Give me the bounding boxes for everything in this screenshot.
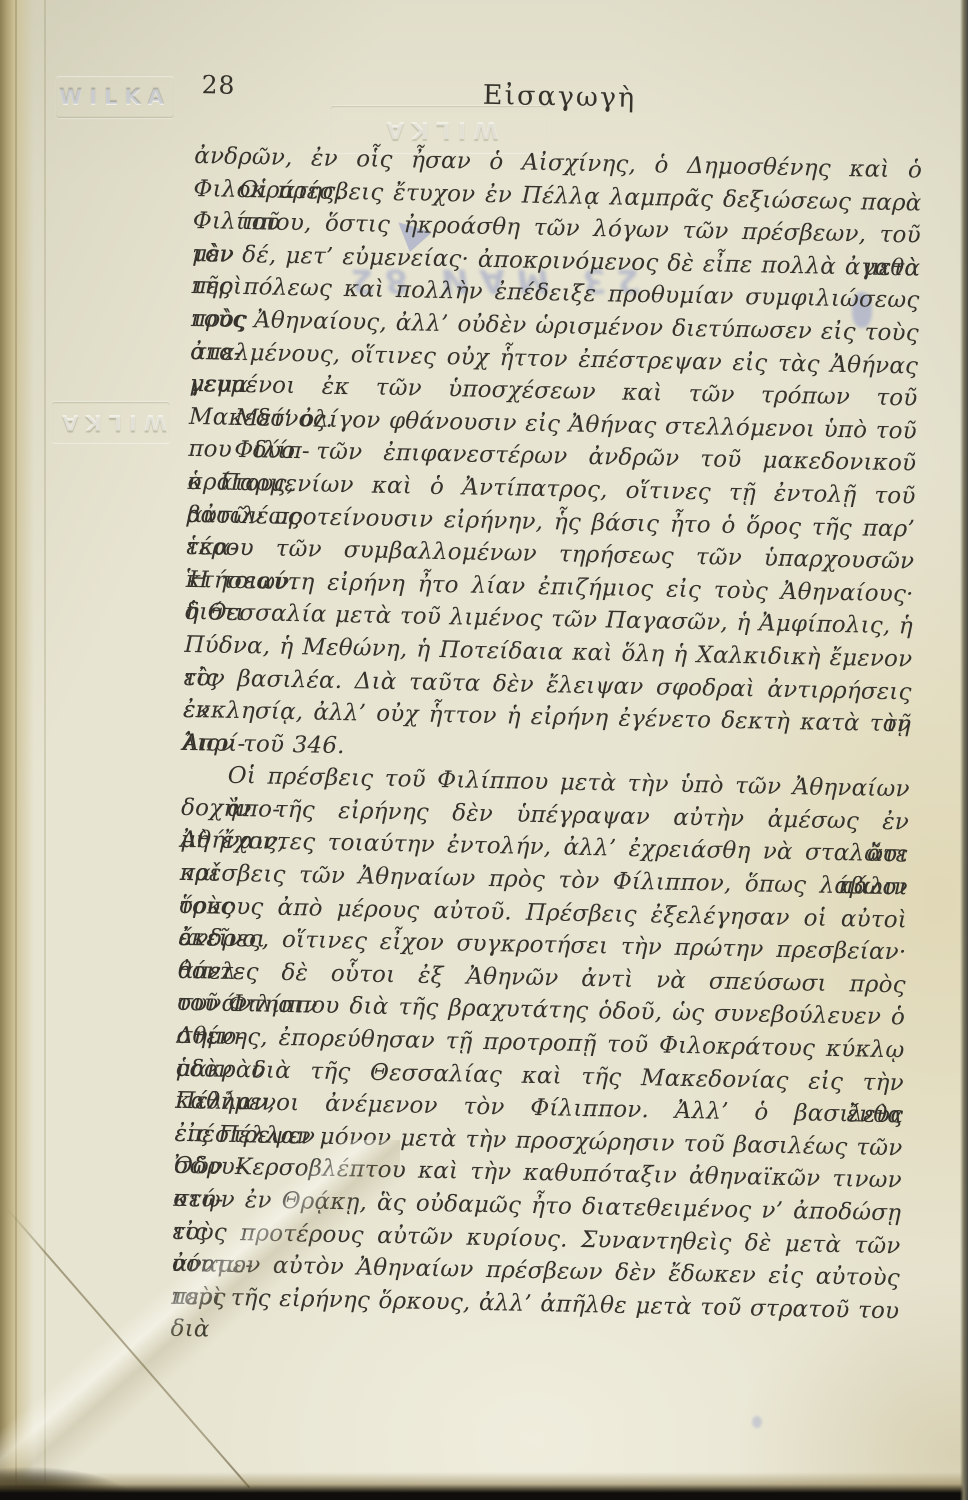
- embossed-library-stamp-top: WILKA: [56, 76, 174, 118]
- text-lines: ἀνδρῶν, ἐν οἷς ἦσαν ὁ Αἰσχίνης, ὁ Δημοσθ…: [171, 140, 922, 1328]
- page-edge-left: [0, 0, 34, 1500]
- embossed-library-stamp-left: WILKA: [52, 402, 170, 444]
- page-header-title: Εἰσαγωγὴ: [482, 80, 636, 114]
- page-header: 28 Εἰσαγωγὴ: [195, 68, 924, 121]
- paper-streak: [15, 0, 17, 1500]
- page-scan: WILKA WILKA WILKA 23 ΜΑΝ 82 28 Εἰσαγωγὴ …: [0, 0, 968, 1500]
- paper-streak: [44, 0, 46, 1500]
- page-edge-right: [960, 0, 968, 1500]
- page-number: 28: [201, 70, 235, 100]
- text-block: 28 Εἰσαγωγὴ ἀνδρῶν, ἐν οἷς ἦσαν ὁ Αἰσχίν…: [171, 68, 924, 1328]
- page-edge-bottom: [0, 1472, 968, 1500]
- blue-ink-smudge: [752, 1416, 762, 1428]
